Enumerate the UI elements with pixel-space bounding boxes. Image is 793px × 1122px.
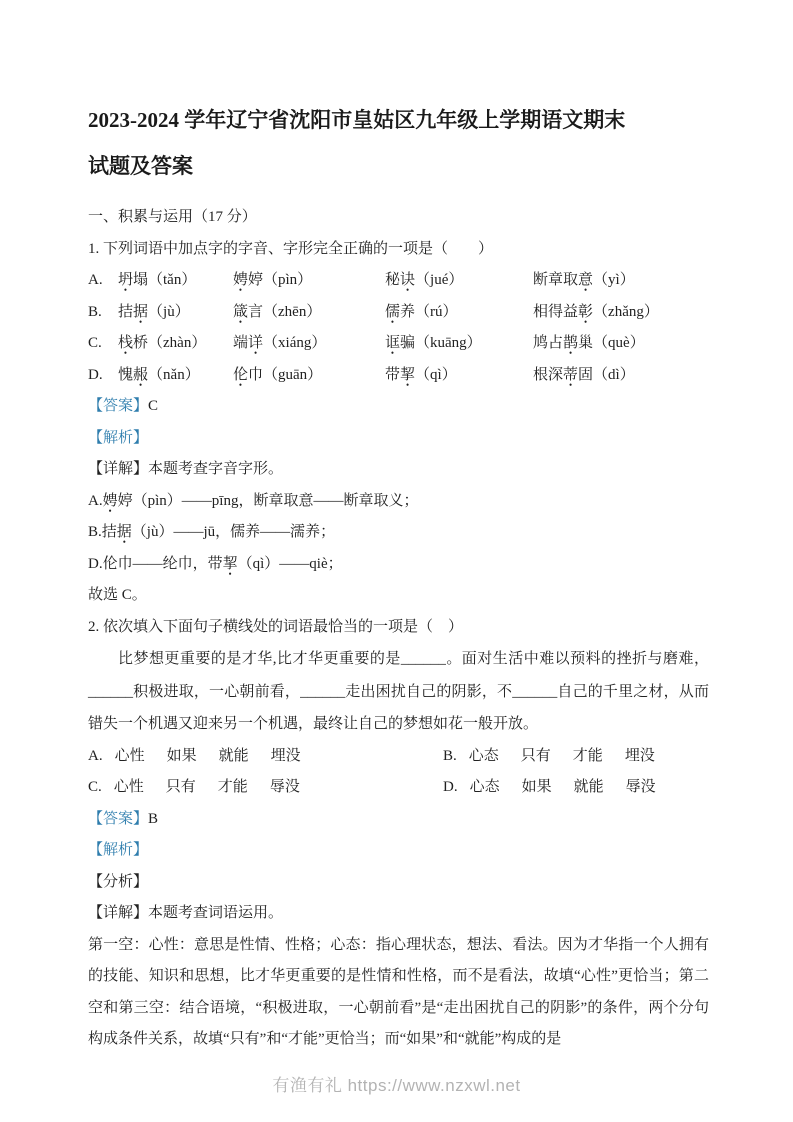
- text-segment: 巾（guān）: [248, 367, 322, 383]
- q2-answer-value: B: [148, 811, 158, 827]
- option-item: 秘诀（jué）: [385, 265, 533, 297]
- q2-detail-body: 第一空：心性：意思是性情、性格；心态：指心理状态，想法、看法。因为才华指一个人拥…: [88, 930, 709, 1056]
- option-item: 带挈（qì）: [385, 360, 533, 392]
- answer-marker: 【答案】: [88, 811, 148, 827]
- text-segment: 拮: [118, 304, 133, 320]
- q1-detail: 【详解】本题考查字音字形。A.娉婷（pìn）——pīng，断章取意——断章取义；…: [88, 454, 709, 612]
- text-segment: 婷（pìn）——pīng，断章取意——断章取义；: [118, 493, 419, 509]
- option-item: 相得益彰（zhǎng）: [533, 297, 709, 329]
- q2-detail-intro: 【详解】本题考查词语运用。: [88, 898, 709, 930]
- q2-option-right: B.心态只有才能埋没: [443, 741, 677, 773]
- option-label: D.: [88, 360, 118, 392]
- answer-marker: 【答案】: [88, 398, 148, 414]
- option-item: 坍塌（tǎn）: [118, 265, 233, 297]
- text-segment: 言（zhēn）: [248, 304, 321, 320]
- q1-option-row: D.愧赧（nǎn）伦巾（guān）带挈（qì）根深蒂固（dì）: [88, 360, 709, 392]
- page-title: 2023-2024 学年辽宁省沈阳市皇姑区九年级上学期语文期末试题及答案: [88, 97, 640, 189]
- text-segment: （jù）——jū，儒养——濡养；: [132, 524, 335, 540]
- q1-detail-line: D.伦巾——纶巾，带挈（qì）——qiè；: [88, 549, 709, 581]
- text-segment: 桥（zhàn）: [133, 335, 206, 351]
- text-segment: B.拮: [88, 524, 117, 540]
- q2-options: A.心性如果就能埋没B.心态只有才能埋没C.心性只有才能辱没D.心态如果就能辱没: [88, 741, 709, 804]
- text-segment: （qì）——qiè；: [238, 556, 343, 572]
- option-word: 埋没: [271, 748, 301, 764]
- option-word: 就能: [574, 779, 604, 795]
- option-item: 诓骗（kuāng）: [385, 328, 533, 360]
- exam-document-page: 2023-2024 学年辽宁省沈阳市皇姑区九年级上学期语文期末试题及答案 一、积…: [0, 0, 793, 1122]
- emphasis-dotted-char: 彰: [578, 304, 593, 320]
- text-segment: 断章取: [533, 272, 578, 288]
- text-segment: （xiáng）: [263, 335, 326, 351]
- text-segment: 塌（tǎn）: [133, 272, 196, 288]
- option-word: 如果: [167, 748, 197, 764]
- emphasis-dotted-char: 赧: [133, 367, 148, 383]
- option-label: A.: [88, 265, 118, 297]
- page-footer-watermark: 有渔有礼 https://www.nzxwl.net: [0, 1071, 793, 1096]
- emphasis-dotted-char: 据: [117, 524, 132, 540]
- text-segment: 骗（kuāng）: [400, 335, 482, 351]
- option-label: C.: [88, 779, 102, 795]
- option-word: 心性: [114, 779, 144, 795]
- option-item: 鸠占鹊巢（què）: [533, 328, 709, 360]
- option-label: C.: [88, 328, 118, 360]
- q1-answer-value: C: [148, 398, 158, 414]
- emphasis-dotted-char: 蒂: [563, 367, 578, 383]
- q2-fenxi-marker: 【分析】: [88, 867, 709, 899]
- text-segment: （jué）: [415, 272, 463, 288]
- text-segment: 故选 C。: [88, 587, 147, 603]
- text-segment: 婷（pìn）: [248, 272, 312, 288]
- q1-detail-line: 【详解】本题考查字音字形。: [88, 454, 709, 486]
- emphasis-dotted-char: 伦: [233, 367, 248, 383]
- q2-option-left: C.心性只有才能辱没: [88, 772, 443, 804]
- q1-options: A.坍塌（tǎn）娉婷（pìn）秘诀（jué）断章取意（yì）B.拮据（jù）箴…: [88, 265, 709, 391]
- option-word: 只有: [521, 748, 551, 764]
- text-segment: （jù）: [148, 304, 190, 320]
- text-segment: 相得益: [533, 304, 578, 320]
- text-segment: （nǎn）: [148, 367, 200, 383]
- q2-option-right: D.心态如果就能辱没: [443, 772, 678, 804]
- emphasis-dotted-char: 挈: [223, 556, 238, 572]
- emphasis-dotted-char: 据: [133, 304, 148, 320]
- emphasis-dotted-char: 意: [578, 272, 593, 288]
- emphasis-dotted-char: 诀: [400, 272, 415, 288]
- emphasis-dotted-char: 娉: [233, 272, 248, 288]
- q2-stem: 2. 依次填入下面句子横线处的词语最恰当的一项是（ ）: [88, 612, 709, 644]
- option-word: 心态: [470, 779, 500, 795]
- text-segment: 端: [233, 335, 248, 351]
- emphasis-dotted-char: 栈: [118, 335, 133, 351]
- q1-option-row: C.栈桥（zhàn）端详（xiáng）诓骗（kuāng）鸠占鹊巢（què）: [88, 328, 709, 360]
- section-heading: 一、积累与运用（17 分）: [88, 202, 709, 234]
- text-segment: 愧: [118, 367, 133, 383]
- option-item: 箴言（zhēn）: [233, 297, 385, 329]
- option-item: 儒养（rú）: [385, 297, 533, 329]
- text-segment: （yì）: [593, 272, 635, 288]
- option-label: B.: [88, 297, 118, 329]
- option-word: 就能: [219, 748, 249, 764]
- q1-detail-line: A.娉婷（pìn）——pīng，断章取意——断章取义；: [88, 486, 709, 518]
- emphasis-dotted-char: 鹊: [563, 335, 578, 351]
- option-word: 如果: [522, 779, 552, 795]
- emphasis-dotted-char: 箴: [233, 304, 248, 320]
- text-segment: 秘: [385, 272, 400, 288]
- option-item: 根深蒂固（dì）: [533, 360, 709, 392]
- q2-option-row: C.心性只有才能辱没D.心态如果就能辱没: [88, 772, 709, 804]
- emphasis-dotted-char: 详: [248, 335, 263, 351]
- q1-answer-line: 【答案】C: [88, 391, 709, 423]
- q2-jiexi-marker: 【解析】: [88, 835, 709, 867]
- q1-option-row: B.拮据（jù）箴言（zhēn）儒养（rú）相得益彰（zhǎng）: [88, 297, 709, 329]
- option-word: 心性: [115, 748, 145, 764]
- option-item: 端详（xiáng）: [233, 328, 385, 360]
- option-label: B.: [443, 748, 457, 764]
- text-segment: 根深: [533, 367, 563, 383]
- q2-option-left: A.心性如果就能埋没: [88, 741, 443, 773]
- text-segment: 带: [385, 367, 400, 383]
- option-item: 拮据（jù）: [118, 297, 233, 329]
- option-item: 断章取意（yì）: [533, 265, 709, 297]
- option-word: 才能: [573, 748, 603, 764]
- emphasis-dotted-char: 挈: [400, 367, 415, 383]
- q1-jiexi-marker: 【解析】: [88, 423, 709, 455]
- text-segment: （qì）: [415, 367, 457, 383]
- text-segment: D.伦巾——纶巾，带: [88, 556, 223, 572]
- q2-passage: 比梦想更重要的是才华,比才华更重要的是______。面对生活中难以预料的挫折与磨…: [88, 643, 709, 741]
- text-segment: 【详解】本题考查字音字形。: [88, 461, 283, 477]
- q1-option-row: A.坍塌（tǎn）娉婷（pìn）秘诀（jué）断章取意（yì）: [88, 265, 709, 297]
- text-segment: A.: [88, 493, 103, 509]
- text-segment: 巢（què）: [578, 335, 645, 351]
- emphasis-dotted-char: 诓: [385, 335, 400, 351]
- text-segment: 固（dì）: [578, 367, 635, 383]
- emphasis-dotted-char: 娉: [103, 493, 118, 509]
- text-segment: （zhǎng）: [593, 304, 659, 320]
- option-item: 娉婷（pìn）: [233, 265, 385, 297]
- option-item: 愧赧（nǎn）: [118, 360, 233, 392]
- q1-detail-line: B.拮据（jù）——jū，儒养——濡养；: [88, 517, 709, 549]
- text-segment: 养（rú）: [400, 304, 458, 320]
- option-label: D.: [443, 779, 458, 795]
- option-word: 辱没: [270, 779, 300, 795]
- option-item: 伦巾（guān）: [233, 360, 385, 392]
- option-word: 心态: [469, 748, 499, 764]
- q1-stem: 1. 下列词语中加点字的字音、字形完全正确的一项是（ ）: [88, 234, 709, 266]
- q2-answer-line: 【答案】B: [88, 804, 709, 836]
- option-word: 辱没: [626, 779, 656, 795]
- text-segment: 鸠占: [533, 335, 563, 351]
- q1-detail-line: 故选 C。: [88, 580, 709, 612]
- emphasis-dotted-char: 坍: [118, 272, 133, 288]
- option-word: 才能: [218, 779, 248, 795]
- emphasis-dotted-char: 儒: [385, 304, 400, 320]
- option-item: 栈桥（zhàn）: [118, 328, 233, 360]
- option-word: 埋没: [625, 748, 655, 764]
- option-label: A.: [88, 748, 103, 764]
- q2-option-row: A.心性如果就能埋没B.心态只有才能埋没: [88, 741, 709, 773]
- option-word: 只有: [166, 779, 196, 795]
